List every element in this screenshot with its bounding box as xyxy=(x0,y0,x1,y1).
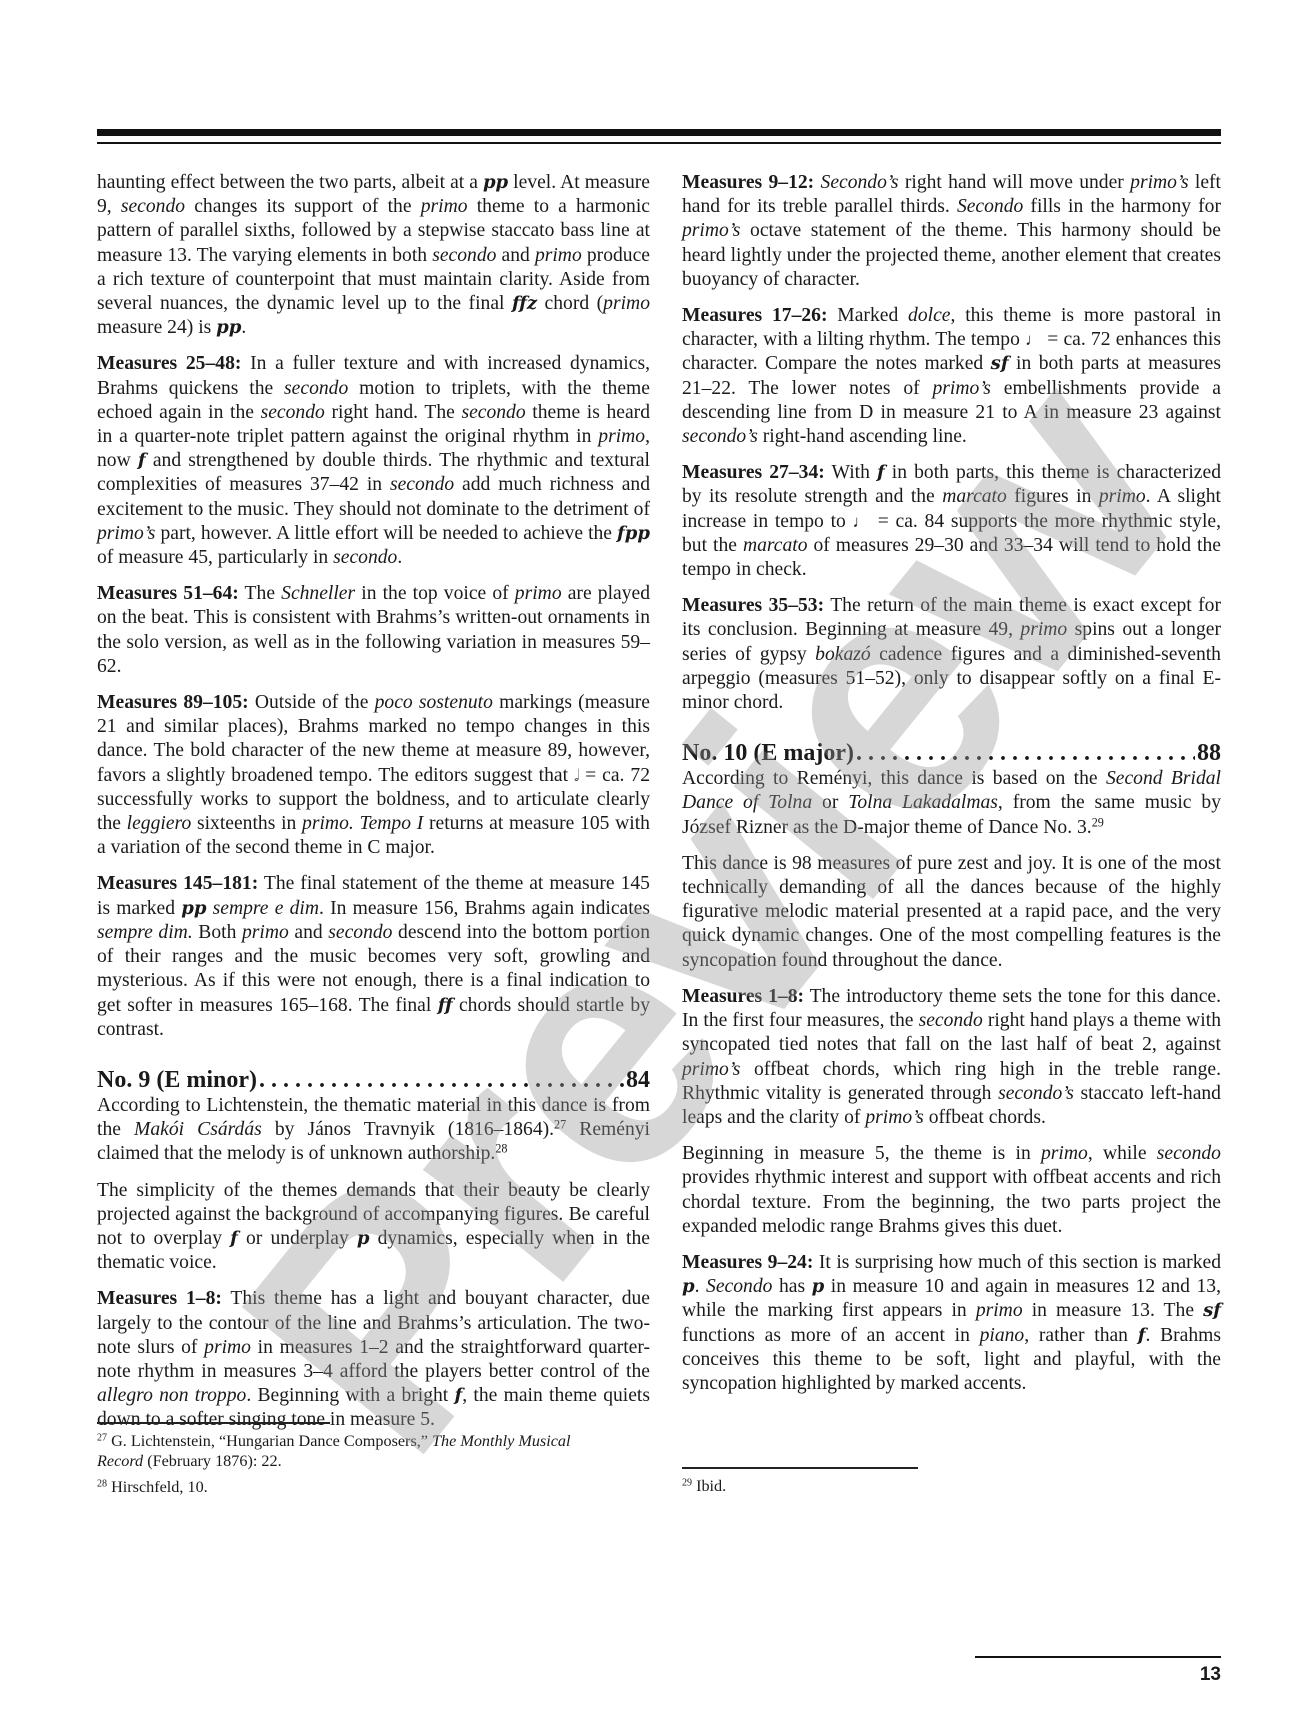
dynamic-marking: fpp xyxy=(617,523,650,544)
dynamic-marking: pp xyxy=(181,898,206,919)
paragraph-measures-9-12: Measures 9–12: Secondo’s right hand will… xyxy=(682,171,1221,292)
paragraph-measures-145-181: Measures 145–181: The final statement of… xyxy=(97,872,650,1041)
section-heading-no-9: No. 9 (E minor) 84 xyxy=(97,1066,650,1094)
paragraph-measures-9-24: Measures 9–24: It is surprising how much… xyxy=(682,1251,1221,1396)
paragraph-measures-1-8-no10: Measures 1–8: The introductory theme set… xyxy=(682,985,1221,1130)
dynamic-marking: p xyxy=(357,1228,370,1249)
paragraph-simplicity: The simplicity of the themes demands tha… xyxy=(97,1179,650,1276)
dynamic-marking: ff xyxy=(438,995,453,1016)
footnote-28: 28 Hirschfeld, 10. xyxy=(97,1477,617,1497)
section-lead: Measures 9–24: xyxy=(682,1252,813,1273)
dynamic-marking: pp xyxy=(483,172,508,193)
paragraph-measures-35-53: Measures 35–53: The return of the main t… xyxy=(682,594,1221,715)
header-rule-thin xyxy=(97,142,1221,144)
left-column: haunting effect between the two parts, a… xyxy=(97,171,650,1445)
dynamic-marking: p xyxy=(812,1276,825,1297)
paragraph-lichtenstein: According to Lichtenstein, the thematic … xyxy=(97,1094,650,1167)
section-lead: Measures 145–181: xyxy=(97,873,258,894)
footnotes-right: 29 Ibid. xyxy=(682,1476,1202,1502)
heading-title: No. 9 (E minor) xyxy=(97,1066,257,1094)
footnote-29: 29 Ibid. xyxy=(682,1476,1202,1496)
right-column: Measures 9–12: Secondo’s right hand will… xyxy=(682,171,1221,1408)
footnote-rule-left xyxy=(97,1422,330,1424)
quarter-note-icon: ♩ xyxy=(1025,330,1042,349)
leader-dots xyxy=(856,739,1195,767)
paragraph-measures-1-8-no9: Measures 1–8: This theme has a light and… xyxy=(97,1287,650,1432)
page-number: 13 xyxy=(1190,1664,1221,1686)
paragraph-measures-17-26: Measures 17–26: Marked dolce, this theme… xyxy=(682,304,1221,449)
dynamic-marking: f xyxy=(138,450,146,471)
section-lead: Measures 51–64: xyxy=(97,583,239,604)
section-lead: Measures 25–48: xyxy=(97,353,241,374)
section-heading-no-10: No. 10 (E major) 88 xyxy=(682,739,1221,767)
paragraph-98-measures: This dance is 98 measures of pure zest a… xyxy=(682,852,1221,973)
dynamic-marking: pp xyxy=(216,317,241,338)
section-lead: Measures 35–53: xyxy=(682,595,824,616)
dynamic-marking: p xyxy=(682,1276,695,1297)
page-number-rule xyxy=(975,1656,1221,1658)
dynamic-marking: sf xyxy=(1203,1300,1221,1321)
leader-dots xyxy=(259,1066,624,1094)
section-lead: Measures 9–12: xyxy=(682,172,814,193)
paragraph-haunting-effect: haunting effect between the two parts, a… xyxy=(97,171,650,340)
paragraph-measures-27-34: Measures 27–34: With f in both parts, th… xyxy=(682,461,1221,582)
dynamic-marking: ffz xyxy=(512,293,537,314)
heading-page-number: 84 xyxy=(626,1066,650,1094)
dynamic-marking: sf xyxy=(991,353,1009,374)
quarter-note-icon: ♩ xyxy=(853,512,871,531)
footnote-rule-right xyxy=(682,1467,918,1469)
section-lead: Measures 1–8: xyxy=(682,986,804,1007)
footnote-ref[interactable]: 27 xyxy=(554,1117,566,1131)
section-lead: Measures 89–105: xyxy=(97,692,249,713)
footnote-ref[interactable]: 28 xyxy=(495,1142,507,1156)
section-lead: Measures 17–26: xyxy=(682,305,828,326)
footnotes-left: 27 G. Lichtenstein, “Hungarian Dance Com… xyxy=(97,1431,617,1503)
footnote-27: 27 G. Lichtenstein, “Hungarian Dance Com… xyxy=(97,1431,617,1471)
footnote-ref[interactable]: 29 xyxy=(1092,815,1104,829)
dynamic-marking: f xyxy=(877,462,885,483)
heading-page-number: 88 xyxy=(1197,739,1221,767)
paragraph-remenyi: According to Reményi, this dance is base… xyxy=(682,767,1221,840)
header-rule-thick xyxy=(97,129,1221,136)
paragraph-beginning-measure-5: Beginning in measure 5, the theme is in … xyxy=(682,1142,1221,1239)
paragraph-measures-25-48: Measures 25–48: In a fuller texture and … xyxy=(97,352,650,570)
section-lead: Measures 27–34: xyxy=(682,462,825,483)
paragraph-measures-89-105: Measures 89–105: Outside of the poco sos… xyxy=(97,691,650,860)
section-lead: Measures 1–8: xyxy=(97,1288,222,1309)
dynamic-marking: f xyxy=(230,1228,238,1249)
heading-title: No. 10 (E major) xyxy=(682,739,854,767)
paragraph-measures-51-64: Measures 51–64: The Schneller in the top… xyxy=(97,582,650,679)
